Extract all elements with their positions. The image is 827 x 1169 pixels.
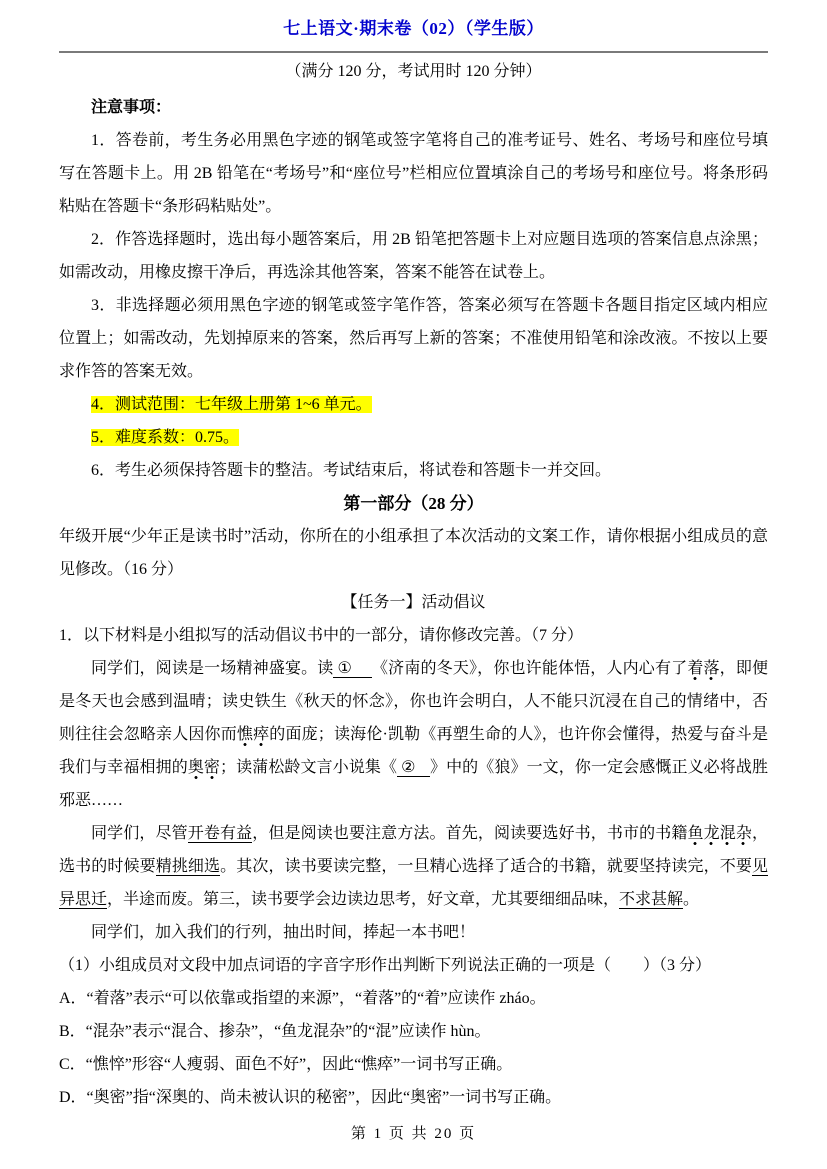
subquestion-1-stem: （1）小组成员对文段中加点词语的字音字形作出判断下列说法正确的一项是（ ）（3 … bbox=[59, 949, 768, 982]
passage-text: ；读蒲松龄文言小说集《 bbox=[220, 759, 397, 776]
passage-paragraph-1: 同学们，阅读是一场精神盛宴。读①《济南的冬天》，你也许能体悟，人内心有了着落，即… bbox=[59, 652, 768, 817]
exam-subtitle: （满分 120 分，考试用时 120 分钟） bbox=[59, 53, 768, 91]
emphasized-word-zhuoluo: 着落 bbox=[687, 660, 719, 681]
task1-heading: 【任务一】活动倡议 bbox=[59, 586, 768, 619]
option-b: B．“混杂”表示“混合、掺杂”，“鱼龙混杂”的“混”应读作 hùn。 bbox=[59, 1015, 768, 1048]
notice-item-3: 3．非选择题必须用黑色字迹的钢笔或签字笔作答，答案必须写在答题卡各题目指定区域内… bbox=[59, 289, 768, 388]
option-d: D．“奥密”指“深奥的、尚未被认识的秘密”，因此“奥密”一词书写正确。 bbox=[59, 1081, 768, 1114]
notice-item-2: 2．作答选择题时，选出每小题答案后，用 2B 铅笔把答题卡上对应题目选项的答案信… bbox=[59, 223, 768, 289]
emphasized-word-qiaocui: 憔瘁 bbox=[237, 726, 269, 747]
page-footer: 第 1 页 共 20 页 bbox=[0, 1122, 827, 1143]
fill-blank-2: ② bbox=[397, 759, 430, 777]
exam-page: 七上语文·期末卷（02）（学生版） （满分 120 分，考试用时 120 分钟）… bbox=[0, 0, 827, 1169]
passage-text: 。其次，读书要读完整，一旦精心选择了适合的书籍，就要坚持读完，不要 bbox=[220, 858, 752, 875]
page-title: 七上语文·期末卷（02）（学生版） bbox=[59, 14, 768, 44]
passage-text: ，但是阅读也要注意方法。首先，阅读要选好书，书市的书籍 bbox=[252, 825, 687, 842]
notice-item-1: 1．答卷前，考生务必用黑色字迹的钢笔或签字笔将自己的准考证号、姓名、考场号和座位… bbox=[59, 124, 768, 223]
passage-text: 。 bbox=[683, 891, 699, 908]
notice-heading: 注意事项： bbox=[59, 91, 768, 124]
underlined-idiom-buqiushenjie: 不求甚解 bbox=[619, 891, 683, 909]
fill-blank-1: ① bbox=[333, 660, 372, 678]
emphasized-word-aomi: 奥密 bbox=[188, 759, 220, 780]
notice-item-6: 6．考生必须保持答题卡的整洁。考试结束后，将试卷和答题卡一并交回。 bbox=[59, 454, 768, 487]
option-a: A．“着落”表示“可以依靠或指望的来源”，“着落”的“着”应读作 zháo。 bbox=[59, 982, 768, 1015]
underlined-idiom-kaijuanyouyi: 开卷有益 bbox=[188, 825, 252, 843]
notice-item-4: 4．测试范围：七年级上册第 1~6 单元。 bbox=[59, 388, 768, 421]
question1-stem: 1．以下材料是小组拟写的活动倡议书中的一部分，请你修改完善。（7 分） bbox=[59, 619, 768, 652]
underlined-idiom-jingtiaoxixuan: 精挑细选 bbox=[156, 858, 220, 876]
option-c: C．“憔悴”形容“人瘦弱、面色不好”，因此“憔瘁”一词书写正确。 bbox=[59, 1048, 768, 1081]
notice-item-5: 5．难度系数：0.75。 bbox=[59, 421, 768, 454]
passage-text: 《济南的冬天》，你也许能体悟，人内心有了 bbox=[372, 660, 687, 677]
part1-heading: 第一部分（28 分） bbox=[59, 487, 768, 520]
part1-intro: 年级开展“少年正是读书时”活动，你所在的小组承担了本次活动的文案工作，请你根据小… bbox=[59, 520, 768, 586]
passage-text: 同学们，尽管 bbox=[91, 825, 188, 842]
highlighted-difficulty-text: 5．难度系数：0.75。 bbox=[91, 429, 239, 446]
passage-text: 同学们，阅读是一场精神盛宴。读 bbox=[91, 660, 333, 677]
passage-text: ，半途而废。第三，读书要学会边读边思考，好文章，尤其要细细品味， bbox=[107, 891, 619, 908]
passage-paragraph-3: 同学们，加入我们的行列，抽出时间，捧起一本书吧！ bbox=[59, 916, 768, 949]
emphasized-word-yulonghunza: 鱼龙混杂 bbox=[687, 825, 751, 846]
highlighted-scope-text: 4．测试范围：七年级上册第 1~6 单元。 bbox=[91, 396, 372, 413]
passage-paragraph-2: 同学们，尽管开卷有益，但是阅读也要注意方法。首先，阅读要选好书，书市的书籍鱼龙混… bbox=[59, 817, 768, 916]
